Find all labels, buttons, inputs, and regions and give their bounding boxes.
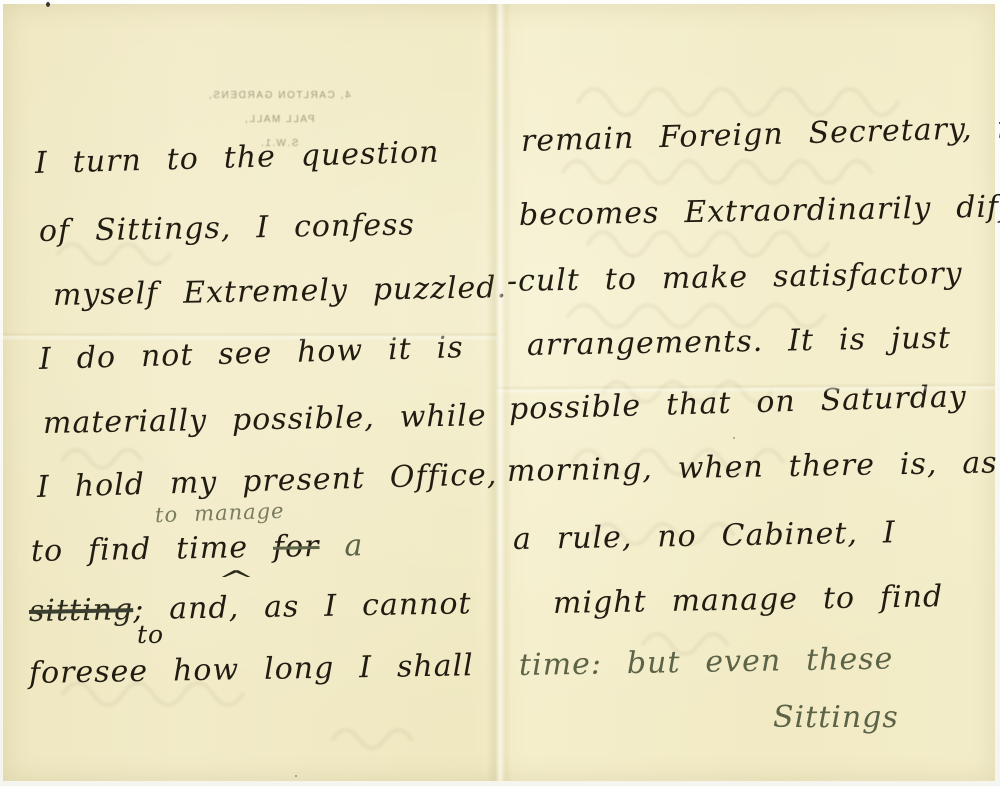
- letterhead-address-line: 4, CARLTON GARDENS,: [191, 84, 367, 108]
- handwriting-line: remain Foreign Secretary, it: [521, 110, 1000, 159]
- handwriting-line-faded: time: but even these: [519, 641, 894, 683]
- struck-word: sitting: [29, 592, 134, 629]
- handwriting-line: sitting; and, as I cannot: [29, 586, 472, 629]
- horizontal-crease: [3, 332, 497, 341]
- handwriting-line: myself Extremely puzzled.: [53, 270, 508, 313]
- center-fold: [486, 4, 512, 781]
- handwriting-line: I hold my present Office,: [37, 457, 498, 505]
- struck-word: for: [273, 529, 320, 565]
- handwriting-line: a rule, no Cabinet, I: [513, 515, 896, 557]
- letterhead-address-line: PALL MALL,: [191, 108, 367, 132]
- handwriting-line: morning, when there is, as: [507, 445, 998, 489]
- letter-scan: 4, CARLTON GARDENS, PALL MALL, S.W.1. I …: [0, 0, 1000, 786]
- handwriting-line: to find time for a: [31, 528, 364, 569]
- catchword: Sittings: [773, 700, 899, 735]
- handwriting-line: foresee how long I shall: [29, 648, 474, 691]
- handwriting-text: to find time: [31, 530, 249, 569]
- dust-speck: [733, 437, 735, 439]
- inserted-word: a: [344, 528, 363, 563]
- dust-speck: [295, 775, 297, 777]
- handwriting-text: ; and, as I cannot: [133, 586, 472, 627]
- paper-sheet: 4, CARLTON GARDENS, PALL MALL, S.W.1. I …: [3, 4, 995, 781]
- pencil-insertion: to manage: [155, 499, 285, 528]
- dust-speck: [46, 2, 50, 7]
- handwriting-line: arrangements. It is just: [527, 321, 952, 363]
- inserted-word: to: [137, 620, 164, 649]
- handwriting-line: becomes Extraordinarily diffi-: [519, 189, 1000, 233]
- handwriting-line: materially possible, while: [43, 398, 487, 441]
- handwriting-line: I turn to the question: [35, 135, 440, 181]
- handwriting-line: -cult to make satisfactory: [507, 256, 963, 299]
- handwriting-line: might manage to find: [553, 579, 944, 621]
- handwriting-line: of Sittings, I confess: [39, 207, 416, 249]
